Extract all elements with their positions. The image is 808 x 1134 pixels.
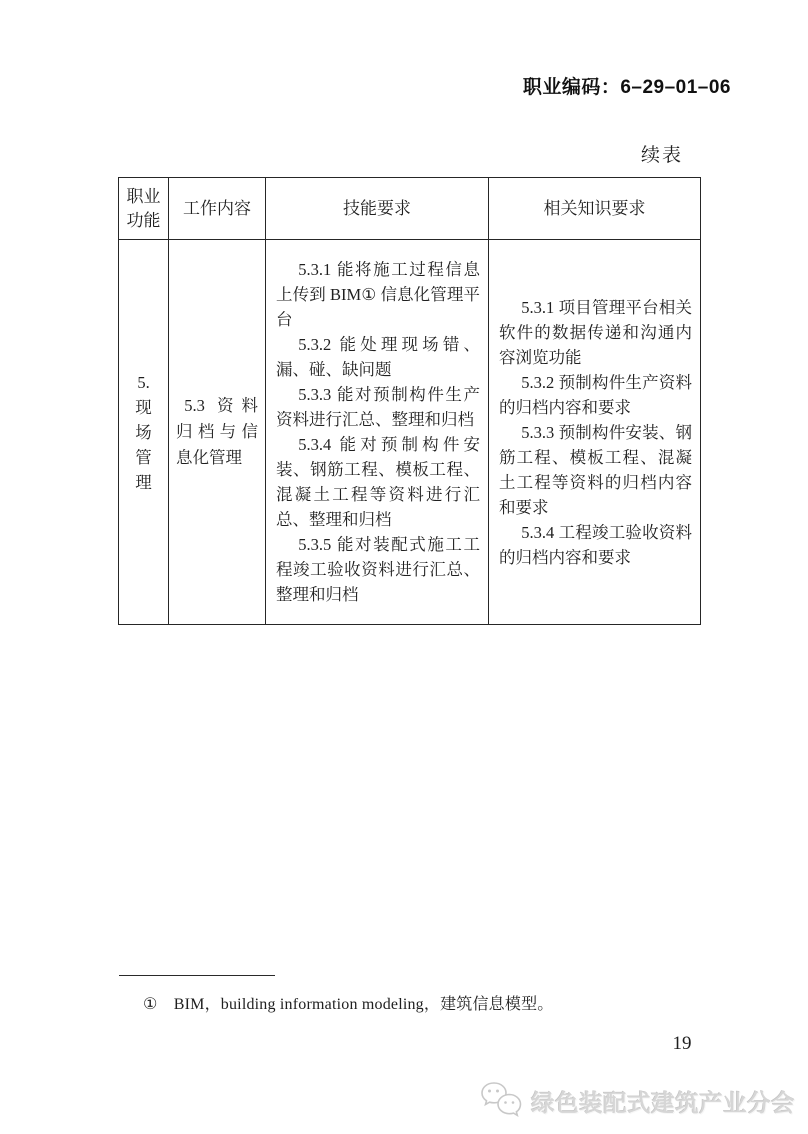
cell-function: 5. 现场管理 bbox=[119, 240, 169, 625]
continued-table-label: 续表 bbox=[641, 140, 683, 167]
requirement-item: 5.3.4 工程竣工验收资料的归档内容和要求 bbox=[499, 520, 692, 570]
requirement-item: 5.3.2 预制构件生产资料的归档内容和要求 bbox=[499, 370, 692, 420]
function-number: 5. bbox=[120, 370, 167, 395]
requirement-item: 5.3 资料归档与信息化管理 bbox=[176, 393, 258, 471]
requirement-item: 5.3.1 项目管理平台相关软件的数据传递和沟通内容浏览功能 bbox=[499, 295, 692, 370]
cell-knowledge-requirements: 5.3.1 项目管理平台相关软件的数据传递和沟通内容浏览功能5.3.2 预制构件… bbox=[489, 240, 701, 625]
footnote-divider bbox=[119, 975, 275, 976]
col-header-function: 职业功能 bbox=[119, 178, 169, 240]
requirement-item: 5.3.2 能处理现场错、漏、碰、缺问题 bbox=[276, 332, 480, 382]
watermark-text: 绿色装配式建筑产业分会 bbox=[531, 1084, 795, 1118]
requirement-item: 5.3.1 能将施工过程信息上传到 BIM① 信息化管理平台 bbox=[276, 257, 480, 332]
cell-work-content: 5.3 资料归档与信息化管理 bbox=[169, 240, 266, 625]
document-page: 职业编码：6–29–01–06 续表 职业功能 工作内容 技能要求 相关知识要求… bbox=[0, 0, 808, 1134]
col-header-work-content: 工作内容 bbox=[169, 178, 266, 240]
table-header-row: 职业功能 工作内容 技能要求 相关知识要求 bbox=[119, 178, 701, 240]
requirement-item: 5.3.3 预制构件安装、钢筋工程、模板工程、混凝土工程等资料的归档内容和要求 bbox=[499, 420, 692, 520]
col-header-knowledge-requirements: 相关知识要求 bbox=[489, 178, 701, 240]
page-number: 19 bbox=[660, 1033, 704, 1055]
occupation-standard-table: 职业功能 工作内容 技能要求 相关知识要求 5. 现场管理 5.3 资料归档与信… bbox=[118, 177, 701, 625]
cell-skill-requirements: 5.3.1 能将施工过程信息上传到 BIM① 信息化管理平台5.3.2 能处理现… bbox=[266, 240, 489, 625]
requirement-item: 5.3.3 能对预制构件生产资料进行汇总、整理和归档 bbox=[276, 382, 480, 432]
requirement-item: 5.3.5 能对装配式施工工程竣工验收资料进行汇总、整理和归档 bbox=[276, 532, 480, 607]
col-header-skill-requirements: 技能要求 bbox=[266, 178, 489, 240]
requirement-item: 5.3.4 能对预制构件安装、钢筋工程、模板工程、混凝土工程等资料进行汇总、整理… bbox=[276, 432, 480, 532]
table-row: 5. 现场管理 5.3 资料归档与信息化管理 5.3.1 能将施工过程信息上传到… bbox=[119, 240, 701, 625]
wechat-logo-icon bbox=[480, 1080, 524, 1122]
footnote-text: ① BIM，building information modeling，建筑信息… bbox=[143, 991, 553, 1014]
occupation-code: 职业编码：6–29–01–06 bbox=[523, 72, 731, 99]
watermark: 绿色装配式建筑产业分会 bbox=[480, 1080, 795, 1122]
function-name: 现场管理 bbox=[134, 395, 152, 495]
